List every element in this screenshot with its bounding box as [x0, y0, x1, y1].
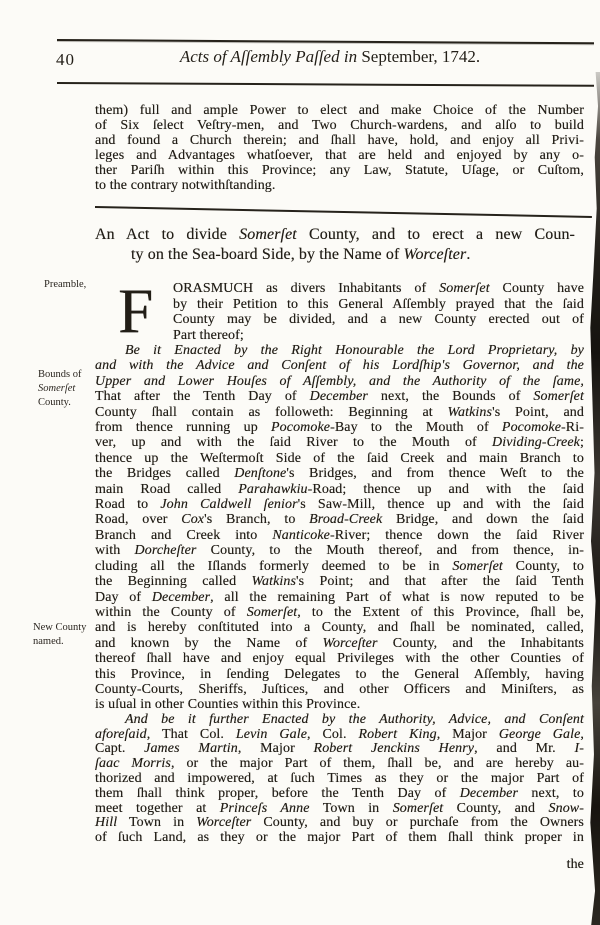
text-run: 's Branch, to — [204, 512, 309, 527]
text-line: thereof ſhall have and enjoy equal Privi… — [95, 651, 584, 666]
text-run: by their Petition to this General Aſſemb… — [173, 297, 584, 312]
text-run: the Bridges called — [95, 466, 234, 481]
text-run: County have — [490, 281, 584, 296]
text-run: , to the Extent of this Province, ſhall … — [297, 605, 584, 620]
text-line: from thence running up Pocomoke-Bay to t… — [95, 420, 584, 435]
italic-text-run: Hill — [95, 815, 117, 830]
text-run: from thence running up — [95, 420, 271, 435]
text-run: meet together at — [95, 801, 220, 816]
italic-text-run: Dividing-Creek — [492, 435, 580, 450]
text-run: County-Courts, Sheriffs, Juſtices, and o… — [95, 682, 584, 697]
text-line: and known by the Name of Worceſter Count… — [95, 636, 584, 651]
italic-text-run: Pocomoke — [502, 420, 561, 435]
text-line: ſaac Morris, or the major Part of them, … — [95, 757, 584, 772]
text-run: named. — [33, 636, 64, 647]
text-line: And be it further Enacted by the Authori… — [125, 713, 584, 728]
italic-text-run: December — [152, 590, 210, 605]
text-run: County, and to erect a new Coun- — [297, 226, 575, 243]
text-line: cluding all the Iſlands formerly deemed … — [95, 559, 584, 574]
text-line: County-Courts, Sheriffs, Juſtices, and o… — [95, 682, 584, 697]
catchword: the — [95, 857, 586, 873]
running-title-italic: Acts of Aſſembly Paſſed in — [180, 47, 357, 66]
text-run: New County — [33, 622, 86, 633]
italic-text-run: John Caldwell ſenior — [160, 497, 297, 512]
text-line: aforeſaid, That Col. Levin Gale, Col. Ro… — [95, 728, 584, 743]
text-run: -River; thence down the ſaid River — [330, 528, 584, 543]
text-run: them) full and ample Power to elect and … — [95, 103, 584, 118]
text-run: within the County of — [95, 605, 247, 620]
text-line: them) full and ample Power to elect and … — [95, 103, 584, 118]
italic-text-run: Watkins — [252, 574, 297, 589]
text-run: the Beginning called — [95, 574, 252, 589]
text-run: next, to — [518, 786, 584, 801]
text-line: and found a Church therein; and ſhall ha… — [95, 133, 584, 148]
act-title: An Act to divide Somerſet County, and to… — [95, 225, 575, 264]
italic-text-run: Be it Enacted by the Right Honourable th… — [125, 343, 584, 358]
text-line: Part thereof; — [95, 328, 584, 344]
italic-text-run: Worceſter — [196, 815, 251, 830]
italic-text-run: James Martin — [144, 741, 238, 756]
text-run: and is hereby conſtituted into a County,… — [95, 620, 584, 635]
text-line: of ſuch Land, as they or the major Part … — [95, 831, 584, 846]
text-line: them ſhall think proper, before the Tent… — [95, 787, 584, 802]
italic-text-run: Denſtone — [234, 466, 286, 481]
text-line: Bounds of — [38, 368, 108, 382]
text-run: That after the Tenth Day of — [95, 389, 310, 404]
italic-text-run: Robert King — [359, 727, 437, 742]
preamble-paragraph: F ORASMUCH as divers Inhabitants of Some… — [95, 281, 584, 343]
italic-text-run: Somerſet — [533, 389, 584, 404]
text-line: Hill Town in Worceſter County, and buy o… — [95, 816, 584, 831]
text-run: County. — [38, 397, 71, 408]
continuation-paragraph: them) full and ample Power to elect and … — [95, 103, 584, 194]
text-run: this Province, in ſending Delegates to t… — [95, 667, 584, 682]
text-run: County, and the Inhabitants — [378, 636, 584, 651]
text-line: Somerſet — [38, 382, 108, 396]
text-run: -Road; thence up and with the ſaid — [308, 482, 584, 497]
text-line: named. — [33, 635, 103, 649]
italic-text-run: Somerſet — [393, 801, 444, 816]
act-body: Be it Enacted by the Right Honourable th… — [95, 343, 584, 846]
running-title: Acts of Aſſembly Paſſed in September, 17… — [110, 47, 550, 67]
text-run: 's Saw-Mill, thence up and with the ſaid — [298, 497, 584, 512]
text-line: is uſual in other Counties within this P… — [95, 697, 584, 712]
italic-text-run: Dorcheſter — [135, 543, 197, 558]
italic-text-run: Nanticoke — [272, 528, 330, 543]
text-line: thence up the Weſtermoſt Side of the ſai… — [95, 451, 584, 466]
italic-text-run: Levin Gale — [236, 727, 307, 742]
text-run: leges and Advantages whatſoever, that ar… — [95, 148, 584, 163]
text-line: thorized and impowered, at ſuch Times as… — [95, 772, 584, 787]
italic-text-run: Worceſter — [403, 246, 466, 263]
italic-text-run: Somerſet — [439, 281, 490, 296]
text-run: ty on the Sea-board Side, by the Name of — [131, 246, 403, 263]
italic-text-run: Broad-Creek — [309, 512, 382, 527]
text-run: An Act to divide — [95, 226, 239, 243]
text-line: Branch and Creek into Nanticoke-River; t… — [95, 528, 584, 543]
text-run: . — [466, 246, 470, 263]
italic-text-run: I- — [574, 741, 584, 756]
margin-note-bounds-of-somerset-county: Bounds ofSomerſetCounty. — [38, 368, 108, 410]
text-run: cluding all the Iſlands formerly deemed … — [95, 559, 452, 574]
text-run: Road to — [95, 497, 160, 512]
text-run: thorized and impowered, at ſuch Times as… — [95, 771, 584, 786]
text-run: , That Col. — [147, 727, 236, 742]
text-run: of ſuch Land, as they or the major Part … — [95, 830, 584, 845]
text-run: County may be divided, and a new County … — [173, 312, 584, 327]
scanned-document-page: 40 Acts of Aſſembly Paſſed in September,… — [0, 0, 600, 925]
text-run: and known by the Name of — [95, 636, 322, 651]
italic-text-run: George Gale — [499, 727, 581, 742]
margin-note-new-county-named: New Countynamed. — [33, 621, 103, 649]
text-run: Part thereof; — [173, 328, 244, 343]
text-run: , Col. — [307, 727, 359, 742]
text-line: main Road called Parahawkiu-Road; thence… — [95, 482, 584, 497]
text-run: , or the major Part of them, ſhall be, a… — [171, 756, 584, 771]
text-line: the Bridges called Denſtone's Bridges, a… — [95, 466, 584, 481]
text-run: , — [580, 727, 584, 742]
italic-text-run: Robert Jenckins Henry — [314, 741, 475, 756]
section-divider-rule — [95, 206, 592, 218]
text-run: of Six ſelect Veſtry-men, and Two Church… — [95, 118, 584, 133]
text-run: and found a Church therein; and ſhall ha… — [95, 133, 584, 148]
text-line: of Six ſelect Veſtry-men, and Two Church… — [95, 118, 584, 133]
text-line: Day of December, all the remaining Part … — [95, 590, 584, 605]
text-run: them ſhall think proper, before the Tent… — [95, 786, 460, 801]
text-line: County. — [38, 396, 108, 410]
text-line: Road, over Cox's Branch, to Broad-Creek … — [95, 512, 584, 527]
text-line: County may be divided, and a new County … — [95, 312, 584, 328]
text-line: and is hereby conſtituted into a County,… — [95, 620, 584, 635]
header-rule-top — [57, 39, 594, 44]
italic-text-run: Worceſter — [322, 636, 377, 651]
text-run: ORASMUCH as divers Inhabitants of — [173, 281, 439, 296]
text-run: Capt. — [95, 741, 144, 756]
drop-cap-letter: F — [118, 284, 165, 339]
text-line: New County — [33, 621, 103, 635]
text-line: the Beginning called Watkins's Point; an… — [95, 574, 584, 589]
text-run: to the contrary notwithſtanding. — [95, 178, 276, 193]
text-run: thereof ſhall have and enjoy equal Privi… — [95, 651, 584, 666]
text-run: County ſhall contain as followeth: Begin… — [95, 405, 448, 420]
text-run: Preamble, — [44, 279, 86, 290]
italic-text-run: Cox — [181, 512, 204, 527]
text-line: Capt. James Martin, Major Robert Jenckin… — [95, 742, 584, 757]
text-run: -Bay to the Mouth of — [330, 420, 502, 435]
italic-text-run: and with the Advice and Conſent of his L… — [95, 358, 584, 373]
text-line: leges and Advantages whatſoever, that ar… — [95, 148, 584, 163]
scan-book-edge-shadow — [589, 72, 600, 925]
text-run: County, and buy or purchaſe from the Own… — [251, 815, 584, 830]
text-run: Bounds of — [38, 369, 81, 380]
text-line: ORASMUCH as divers Inhabitants of Somerſ… — [95, 281, 584, 297]
italic-text-run: Pocomoke — [271, 420, 330, 435]
running-title-date: September, 1742. — [361, 47, 480, 66]
preamble-text: ORASMUCH as divers Inhabitants of Somerſ… — [95, 281, 584, 343]
italic-text-run: December — [460, 786, 518, 801]
text-run: main Road called — [95, 482, 238, 497]
text-line: this Province, in ſending Delegates to t… — [95, 667, 584, 682]
text-run: ther Pariſh within this Province; any La… — [95, 163, 584, 178]
text-line: ther Pariſh within this Province; any La… — [95, 163, 584, 178]
page-number: 40 — [56, 50, 75, 70]
text-run: ver, up and with the ſaid River to the M… — [95, 435, 492, 450]
italic-text-run: aforeſaid — [95, 727, 147, 742]
text-run: Town in — [310, 801, 393, 816]
italic-text-run: Watkins — [448, 405, 493, 420]
italic-text-run: ſaac Morris — [95, 756, 171, 771]
italic-text-run: Somerſet — [452, 559, 503, 574]
text-run: Day of — [95, 590, 152, 605]
text-run: County, and — [443, 801, 548, 816]
italic-text-run: Princeſs Anne — [220, 801, 310, 816]
text-run: County, to the Mouth thereof, and from t… — [196, 543, 584, 558]
text-line: Be it Enacted by the Right Honourable th… — [125, 343, 584, 358]
text-run: Road, over — [95, 512, 181, 527]
text-run: County, to — [503, 559, 584, 574]
text-run: 's Bridges, and from thence Weſt to the — [286, 466, 584, 481]
text-line: Upper and Lower Houſes of Aſſembly, and … — [95, 374, 584, 389]
italic-text-run: Somerſet — [247, 605, 298, 620]
text-line: County ſhall contain as followeth: Begin… — [95, 405, 584, 420]
text-run: ; — [580, 435, 584, 450]
text-line: Road to John Caldwell ſenior's Saw-Mill,… — [95, 497, 584, 512]
text-line: with Dorcheſter County, to the Mouth the… — [95, 543, 584, 558]
text-run: is uſual in other Counties within this P… — [95, 697, 360, 712]
header-rule-bottom — [57, 82, 594, 87]
italic-text-run: December — [310, 389, 368, 404]
text-line: to the contrary notwithſtanding. — [95, 178, 584, 193]
text-run: , Major — [437, 727, 499, 742]
italic-text-run: Snow- — [549, 801, 585, 816]
text-line: An Act to divide Somerſet County, and to… — [95, 225, 575, 245]
text-line: ty on the Sea-board Side, by the Name of… — [131, 245, 575, 265]
italic-text-run: Somerſet — [38, 383, 75, 394]
text-run: Bridge, and down the ſaid — [382, 512, 584, 527]
italic-text-run: And be it further Enacted by the Authori… — [125, 712, 584, 727]
text-run: with — [95, 543, 135, 558]
text-run: next, the Bounds of — [368, 389, 533, 404]
commissioners-paragraph: And be it further Enacted by the Authori… — [95, 713, 584, 846]
text-run: thence up the Weſtermoſt Side of the ſai… — [95, 451, 584, 466]
text-line: within the County of Somerſet, to the Ex… — [95, 605, 584, 620]
text-line: ver, up and with the ſaid River to the M… — [95, 435, 584, 450]
text-run: 's Point, and — [492, 405, 584, 420]
text-run: Town in — [117, 815, 196, 830]
italic-text-run: Somerſet — [239, 226, 297, 243]
italic-text-run: Parahawkiu — [238, 482, 307, 497]
text-run: -Ri- — [561, 420, 584, 435]
text-line: by their Petition to this General Aſſemb… — [95, 297, 584, 313]
text-run: , Major — [238, 741, 314, 756]
margin-note-preamble: Preamble, — [44, 278, 114, 292]
text-line: Preamble, — [44, 278, 114, 292]
bounds-enacting-paragraph: Be it Enacted by the Right Honourable th… — [95, 343, 584, 713]
text-run: 's Point; and that after the ſaid Tenth — [296, 574, 584, 589]
text-run: , and Mr. — [474, 741, 574, 756]
text-run: , all the remaining Part of what is now … — [210, 590, 584, 605]
text-line: That after the Tenth Day of December nex… — [95, 389, 584, 404]
text-line: and with the Advice and Conſent of his L… — [95, 358, 584, 373]
italic-text-run: Upper and Lower Houſes of Aſſembly, and … — [95, 374, 584, 389]
text-run: Branch and Creek into — [95, 528, 272, 543]
